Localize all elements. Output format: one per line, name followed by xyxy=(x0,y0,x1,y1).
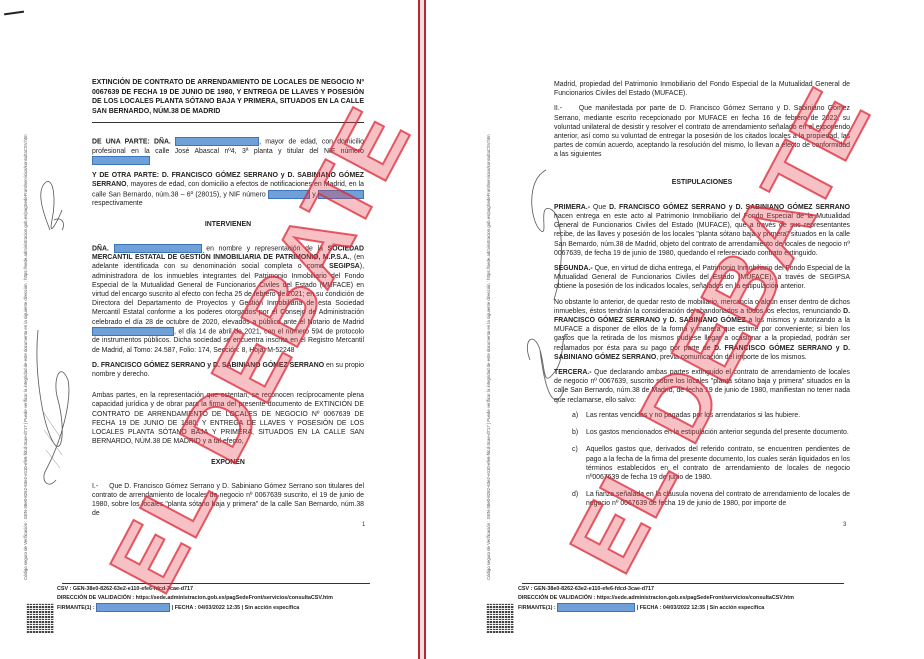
verification-side-text: Código seguro de Verificación : GEN-38e0… xyxy=(486,134,491,580)
validation-url[interactable]: DIRECCIÓN DE VALIDACIÓN : https://sede.a… xyxy=(518,594,878,603)
redacted-name xyxy=(175,137,259,146)
document-page-3: Código seguro de Verificación : GEN-38e0… xyxy=(430,0,924,659)
document-page-1: Código seguro de Verificación : GEN-38e0… xyxy=(0,0,414,659)
csv-code: CSV : GEN-38e0-8262-63e2-e110-efe6-fdcd-… xyxy=(518,585,878,594)
redacted-nif xyxy=(92,156,150,165)
validation-footer: CSV : GEN-38e0-8262-63e2-e110-efe6-fdcd-… xyxy=(57,585,397,613)
ambas-paragraph: Ambas partes, en la representación que o… xyxy=(92,391,364,446)
heading-exponen: EXPONEN xyxy=(92,458,364,467)
exponen-1: I.- Que D. Francisco Gómez Serrano y D. … xyxy=(92,482,364,519)
verification-side-text: Código seguro de Verificación : GEN-38e0… xyxy=(23,134,28,580)
list-item: d)La fianza señalada en la cláusula nove… xyxy=(572,490,850,508)
heading-intervienen: INTERVIENEN xyxy=(92,220,364,229)
list-item: a)Las rentas vencidas y no pagadas por l… xyxy=(572,411,850,420)
page-3-body: Madrid, propiedad del Patrimonio Inmobil… xyxy=(554,80,850,517)
redacted-nif xyxy=(318,190,364,199)
list-item: c)Aquellos gastos que, derivados del ref… xyxy=(572,445,850,482)
estipulacion-tercera: TERCERA.- Que declarando ambas partes ex… xyxy=(554,368,850,405)
redacted-nif xyxy=(268,190,310,199)
qr-code xyxy=(486,603,514,633)
estipulacion-primera: PRIMERA.- Que D. FRANCISCO GÓMEZ SERRANO… xyxy=(554,203,850,258)
firmante-line: FIRMANTE(1) : | FECHA : 04/03/2022 12:35… xyxy=(57,603,397,613)
page-divider xyxy=(414,0,430,659)
heading-estipulaciones: ESTIPULACIONES xyxy=(554,178,850,187)
firmante-line: FIRMANTE(1) : | FECHA : 04/03/2022 12:35… xyxy=(518,603,878,613)
page-number: 1 xyxy=(362,522,365,528)
scan-mark xyxy=(4,11,24,15)
redacted-notary xyxy=(92,327,174,336)
validation-url[interactable]: DIRECCIÓN DE VALIDACIÓN : https://sede.a… xyxy=(57,594,397,603)
redacted-signer xyxy=(557,603,635,612)
footer-rule xyxy=(522,583,844,584)
title-rule xyxy=(92,122,364,123)
redacted-signer xyxy=(96,603,170,612)
parte-2: Y DE OTRA PARTE: D. FRANCISCO GÓMEZ SERR… xyxy=(92,171,364,208)
handwritten-signature xyxy=(32,180,72,510)
exponen-2: II.- Que manifestada por parte de D. Fra… xyxy=(554,104,850,159)
redacted-name xyxy=(114,244,202,253)
document-title: EXTINCIÓN DE CONTRATO DE ARRENDAMIENTO D… xyxy=(92,78,364,116)
propio-paragraph: D. FRANCISCO GÓMEZ SERRANO y D. SABINIAN… xyxy=(92,361,364,379)
qr-code xyxy=(26,603,54,633)
footer-rule xyxy=(62,583,370,584)
intervienen-paragraph: DÑA. en nombre y representación de la SO… xyxy=(92,244,364,355)
estipulacion-segunda: SEGUNDA.- Que, en virtud de dicha entreg… xyxy=(554,264,850,292)
continuation-paragraph: Madrid, propiedad del Patrimonio Inmobil… xyxy=(554,80,850,98)
validation-footer: CSV : GEN-38e0-8262-63e2-e110-efe6-fdcd-… xyxy=(518,585,878,613)
page-1-body: EXTINCIÓN DE CONTRATO DE ARRENDAMIENTO D… xyxy=(92,78,364,524)
list-item: b)Los gastos mencionados en la estipulac… xyxy=(572,428,850,437)
salvo-list: a)Las rentas vencidas y no pagadas por l… xyxy=(554,411,850,509)
page-number: 3 xyxy=(843,522,846,528)
no-obstante-paragraph: No obstante lo anterior, de quedar resto… xyxy=(554,298,850,362)
parte-1: DE UNA PARTE: DÑA. , mayor de edad, con … xyxy=(92,137,364,165)
csv-code: CSV : GEN-38e0-8262-63e2-e110-efe6-fdcd-… xyxy=(57,585,397,594)
